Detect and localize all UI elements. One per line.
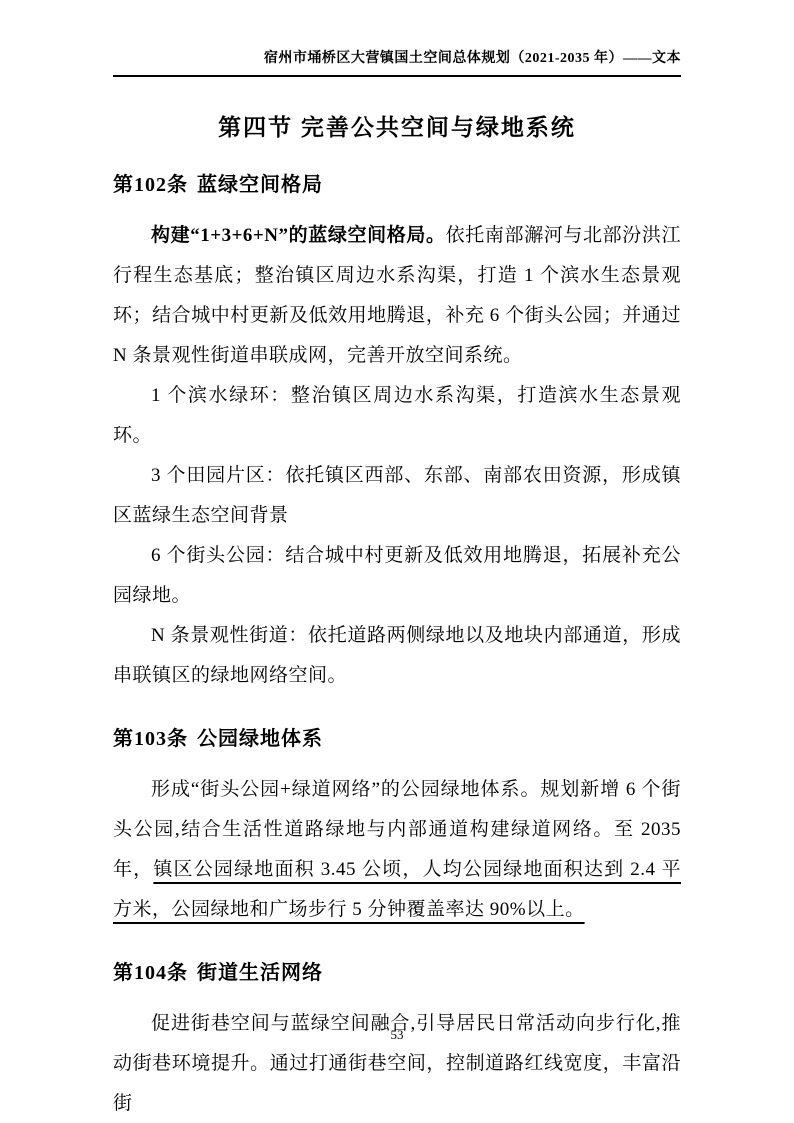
article-102-item-3: 6 个街头公园：结合城中村更新及低效用地腾退，拓展补充公园绿地。 <box>113 536 681 616</box>
article-102-heading: 第102条蓝绿空间格局 <box>113 168 681 202</box>
article-104-title: 街道生活网络 <box>197 962 323 984</box>
article-102-lead-paragraph: 构建“1+3+6+N”的蓝绿空间格局。依托南部澥河与北部汾洪江行程生态基底；整治… <box>113 216 681 376</box>
header-rule <box>113 75 681 77</box>
article-103-paragraph: 形成“街头公园+绿道网络”的公园绿地体系。规划新增 6 个街头公园,结合生活性道… <box>113 770 681 930</box>
page-content: 宿州市埇桥区大营镇国土空间总体规划（2021-2035 年）——文本 第四节 完… <box>0 0 794 1123</box>
article-104-paragraph: 促进街巷空间与蓝绿空间融合,引导居民日常活动向步行化,推动街巷环境提升。通过打通… <box>113 1004 681 1123</box>
article-103: 第103条公园绿地体系 形成“街头公园+绿道网络”的公园绿地体系。规划新增 6 … <box>113 722 681 930</box>
article-104-heading: 第104条街道生活网络 <box>113 956 681 990</box>
article-103-body-underlined: 镇区公园绿地面积 3.45 公顷，人均公园绿地面积达到 2.4 平方米，公园绿地… <box>113 859 681 920</box>
article-102-lead-rest: 依托南部澥河与北部汾洪江行程生态基底；整治镇区周边水系沟渠，打造 1 个滨水生态… <box>113 225 681 366</box>
article-104-number: 第104条 <box>113 962 188 984</box>
article-102-item-2: 3 个田园片区：依托镇区西部、东部、南部农田资源，形成镇区蓝绿生态空间背景 <box>113 456 681 536</box>
article-102-number: 第102条 <box>113 174 188 196</box>
article-103-title: 公园绿地体系 <box>197 728 323 750</box>
article-102-item-1: 1 个滨水绿环：整治镇区周边水系沟渠，打造滨水生态景观环。 <box>113 376 681 456</box>
article-103-number: 第103条 <box>113 728 188 750</box>
article-103-heading: 第103条公园绿地体系 <box>113 722 681 756</box>
section-title: 第四节 完善公共空间与绿地系统 <box>113 109 681 142</box>
article-102: 第102条蓝绿空间格局 构建“1+3+6+N”的蓝绿空间格局。依托南部澥河与北部… <box>113 168 681 696</box>
document-page: 宿州市埇桥区大营镇国土空间总体规划（2021-2035 年）——文本 第四节 完… <box>0 0 794 1123</box>
article-102-item-4: N 条景观性街道：依托道路两侧绿地以及地块内部通道，形成串联镇区的绿地网络空间。 <box>113 616 681 696</box>
article-102-lead-bold: 构建“1+3+6+N”的蓝绿空间格局。 <box>151 225 446 246</box>
running-header: 宿州市埇桥区大营镇国土空间总体规划（2021-2035 年）——文本 <box>113 50 681 68</box>
article-102-title: 蓝绿空间格局 <box>197 174 323 196</box>
page-number: 53 <box>0 1027 794 1043</box>
